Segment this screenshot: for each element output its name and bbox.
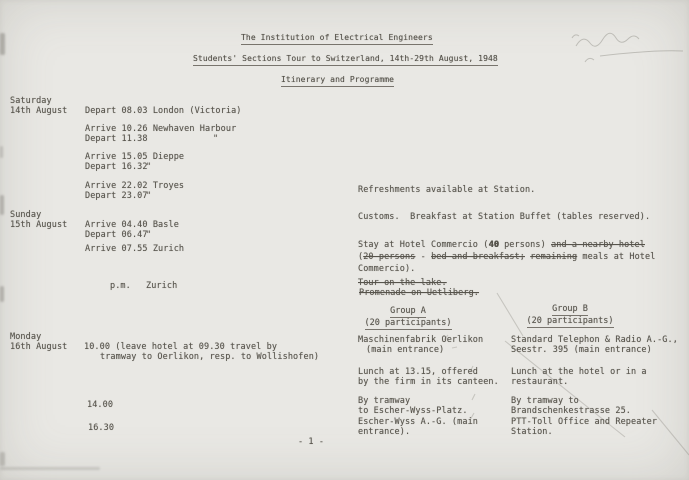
- scan-bottom-streak: [0, 467, 100, 470]
- ditto-mark: ": [146, 162, 151, 172]
- group-b-travel: By tramway to: [511, 396, 579, 406]
- cancelled-activity: Tour on the lake.: [358, 278, 447, 288]
- itinerary-line: Depart 08.03 London (Victoria): [85, 106, 242, 116]
- itinerary-line: Depart 11.38: [85, 134, 148, 144]
- itinerary-line: Depart 23.07: [85, 191, 148, 201]
- itinerary-line: Arrive 15.05 Dieppe: [85, 152, 184, 162]
- group-b-name: Group B: [552, 304, 588, 316]
- group-b-destination: PTT-Toll Office and Repeater: [511, 417, 657, 427]
- document-subtitle: Students' Sections Tour to Switzerland, …: [193, 54, 498, 66]
- stay-text: meals at Hotel: [577, 252, 655, 262]
- stay-overtyped-count: 40: [488, 240, 498, 250]
- schedule-time-line: tramway to Oerlikon, resp. to Wollishofe…: [100, 352, 319, 362]
- pm-label: p.m.: [110, 281, 131, 291]
- schedule-time: 16.30: [88, 423, 114, 433]
- scan-edge-smudge: [0, 452, 5, 466]
- stay-struck-text: remaining: [530, 252, 577, 262]
- pm-place: Zurich: [146, 281, 177, 291]
- stay-struck-text: 20 persons: [363, 252, 415, 262]
- itinerary-line: Depart 16.32: [85, 162, 148, 172]
- itinerary-line: Arrive 22.02 Troyes: [85, 181, 184, 191]
- group-a-destination: entrance).: [358, 427, 410, 437]
- scan-edge-smudge: [0, 146, 3, 158]
- day-label-saturday: Saturday: [10, 96, 52, 106]
- stay-note-line3: Commercio).: [358, 264, 415, 274]
- schedule-time-line: 10.00 (leave hotel at 09.30 travel by: [84, 342, 277, 352]
- date-label-15th: 15th August: [10, 220, 67, 230]
- ditto-mark: ": [146, 191, 151, 201]
- page-number: - 1 -: [298, 437, 324, 447]
- date-label-14th: 14th August: [10, 106, 67, 116]
- group-a-visit: Maschinenfabrik Oerlikon: [358, 335, 483, 345]
- group-a-name: Group A: [390, 306, 426, 318]
- group-b-travel: Brandschenkestrasse 25.: [511, 406, 631, 416]
- pencil-scribble-icon: [572, 33, 683, 62]
- group-b-destination: Station.: [511, 427, 553, 437]
- ditto-mark: ": [146, 230, 151, 240]
- stay-note-line1: Stay at Hotel Commercio (40 persons) and…: [358, 240, 645, 250]
- stay-struck-text: and a nearby hotel: [551, 240, 645, 250]
- group-a-size: (20 participants): [365, 318, 452, 330]
- stay-note-line2: (20 persons - bed and breakfast; remaini…: [358, 252, 655, 262]
- scan-edge-smudge: [0, 286, 4, 302]
- day-label-monday: Monday: [10, 332, 41, 342]
- group-a-lunch: by the firm in its canteen.: [358, 377, 499, 387]
- document-heading: Itinerary and Programme: [281, 75, 394, 87]
- ditto-mark: ": [213, 134, 218, 144]
- stay-struck-text: bed and breakfast;: [431, 252, 525, 262]
- group-a-lunch: Lunch at 13.15, offered: [358, 367, 478, 377]
- group-b-lunch: restaurant.: [511, 377, 568, 387]
- group-a-header: Group A(20 participants): [358, 306, 458, 330]
- document-title: The Institution of Electrical Engineers: [241, 33, 433, 45]
- itinerary-line: Arrive 07.55 Zurich: [85, 244, 184, 254]
- note-customs: Customs. Breakfast at Station Buffet (ta…: [358, 212, 650, 222]
- day-label-sunday: Sunday: [10, 210, 41, 220]
- group-a-destination: Escher-Wyss A.-G. (main: [358, 417, 478, 427]
- group-a-visit: (main entrance): [366, 345, 444, 355]
- itinerary-line: Arrive 04.40 Basle: [85, 220, 179, 230]
- group-a-travel: to Escher-Wyss-Platz.: [358, 406, 468, 416]
- stay-text: persons): [499, 240, 551, 250]
- itinerary-line: Arrive 10.26 Newhaven Harbour: [85, 124, 236, 134]
- group-b-visit: Seestr. 395 (main entrance): [511, 345, 652, 355]
- group-b-size: (20 participants): [527, 316, 614, 328]
- scan-edge-smudge: [0, 195, 4, 215]
- group-b-header: Group B(20 participants): [518, 304, 622, 328]
- schedule-time: 14.00: [87, 400, 113, 410]
- scan-edge-smudge: [0, 33, 5, 55]
- scanned-itinerary-document: The Institution of Electrical Engineers …: [0, 0, 689, 480]
- group-a-travel: By tramway: [358, 396, 410, 406]
- cancelled-activity: Promenade on Uetliberg.: [359, 288, 479, 298]
- group-b-visit: Standard Telephon & Radio A.-G.,: [511, 335, 678, 345]
- itinerary-line: Depart 06.47: [85, 230, 148, 240]
- stay-text: -: [415, 252, 431, 262]
- date-label-16th: 16th August: [10, 342, 67, 352]
- group-b-lunch: Lunch at the hotel or in a: [511, 367, 647, 377]
- note-refreshments: Refreshments available at Station.: [358, 185, 535, 195]
- stay-text: Stay at Hotel Commercio (: [358, 240, 488, 250]
